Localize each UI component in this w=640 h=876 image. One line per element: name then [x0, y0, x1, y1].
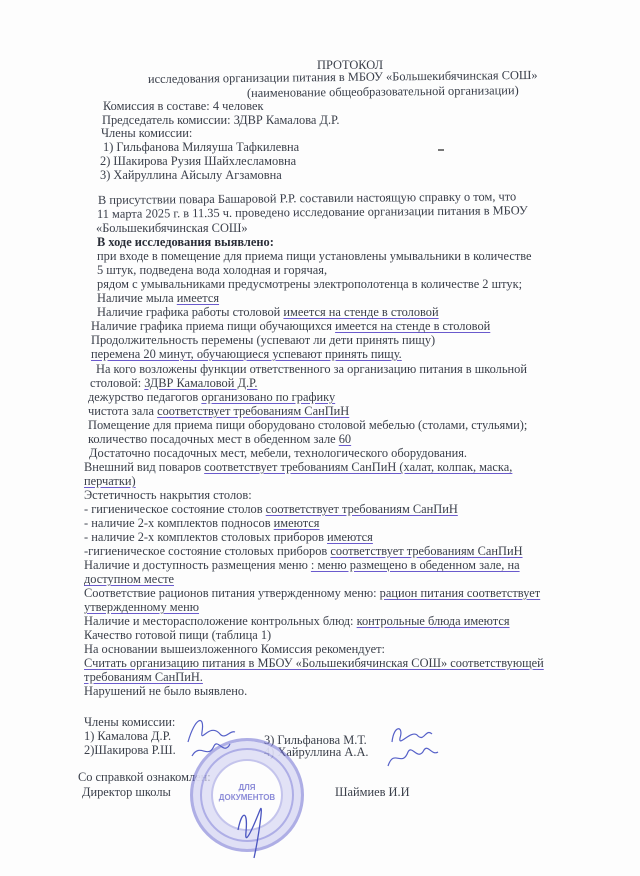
finding-line: На кого возложены функции ответственного… — [96, 362, 527, 376]
finding-value: перчатки) — [84, 474, 136, 488]
finding-value: соответствует требованиям СанПиН — [157, 404, 349, 418]
finding-value: имеется на стенде в столовой — [335, 319, 490, 333]
finding-text: На основании вышеизложенного Комиссия ре… — [84, 642, 385, 656]
finding-value: 60 — [339, 432, 351, 446]
finding-line: Эстетичность накрытия столов: — [84, 488, 252, 502]
finding-line: Помещение для приема пищи оборудовано ст… — [88, 418, 527, 432]
finding-text: Качество готовой пищи (таблица 1) — [84, 628, 271, 642]
director-label: Директор школы — [82, 785, 171, 799]
organization-note: (наименование общеобразовательной органи… — [247, 83, 519, 100]
finding-value: имеется на стенде в столовой — [283, 305, 438, 319]
finding-line: требованиям СанПиН. — [84, 670, 203, 684]
finding-line: рядом с умывальниками предусмотрены элек… — [97, 277, 522, 291]
finding-text: Помещение для приема пищи оборудовано ст… — [88, 418, 527, 432]
finding-line: Нарушений не было выявлено. — [84, 684, 247, 698]
finding-text: столовой: — [90, 376, 144, 390]
finding-line: Наличие и месторасположение контрольных … — [84, 614, 510, 628]
finding-text: дежурство педагогов — [88, 390, 201, 404]
finding-line: Наличие графика работы столовой имеется … — [97, 305, 439, 319]
finding-line: при входе в помещение для приема пищи ус… — [97, 249, 532, 263]
finding-value: организовано по графику — [201, 390, 335, 404]
finding-line: перчатки) — [84, 474, 136, 488]
finding-text: Наличие мыла — [97, 291, 177, 305]
finding-line: Соответствие рационов питания утвержденн… — [84, 586, 540, 600]
finding-value: имеются — [327, 530, 373, 544]
finding-line: Наличие и доступность размещения меню : … — [84, 558, 520, 572]
finding-line: Качество готовой пищи (таблица 1) — [84, 628, 271, 642]
protocol-page: ПРОТОКОЛ исследования организации питани… — [0, 0, 640, 876]
intro-line: «Большекибячинская СОШ» — [96, 221, 248, 235]
finding-line: Продолжительность перемены (успевают ли … — [91, 333, 435, 347]
finding-line: Наличие графика приема пищи обучающихся … — [91, 319, 490, 333]
finding-value: имеются — [274, 516, 320, 530]
finding-value: Считать организацию питания в МБОУ «Боль… — [84, 656, 544, 670]
findings-heading: В ходе исследования выявлено: — [97, 235, 274, 249]
finding-line: Достаточно посадочных мест, мебели, техн… — [89, 446, 467, 460]
finding-text: Достаточно посадочных мест, мебели, техн… — [89, 446, 467, 460]
finding-text: Наличие графика приема пищи обучающихся — [91, 319, 335, 333]
commission-size: Комиссия в составе: 4 человек — [103, 99, 264, 113]
finding-value: требованиям СанПиН. — [84, 670, 203, 684]
finding-line: -гигиеническое состояние столовых прибор… — [84, 544, 523, 558]
finding-value: соответствует требованиям СанПиН — [330, 544, 522, 558]
finding-value: имеется — [177, 291, 219, 305]
finding-line: Считать организацию питания в МБОУ «Боль… — [84, 656, 544, 670]
finding-text: Внешний вид поваров — [84, 460, 204, 474]
finding-text: Нарушений не было выявлено. — [84, 684, 247, 698]
finding-line: чистота зала соответствует требованиям С… — [88, 404, 349, 418]
member-item: 2) Шакирова Рузия Шайхлесламовна — [100, 154, 296, 168]
finding-value: контрольные блюда имеются — [357, 614, 510, 628]
intro-line: 11 марта 2025 г. в 11.35 ч. проведено ис… — [97, 203, 528, 221]
finding-line: перемена 20 минут, обучающиеся успевают … — [91, 347, 402, 361]
finding-text: Продолжительность перемены (успевают ли … — [91, 333, 435, 347]
finding-value: утвержденному меню — [84, 600, 199, 614]
finding-text: 5 штук, подведена вода холодная и горяча… — [97, 263, 327, 277]
finding-line: дежурство педагогов организовано по граф… — [88, 390, 335, 404]
finding-value: ЗДВР Камаловой Д.Р. — [144, 376, 257, 390]
finding-text: - наличие 2-х комплектов подносов — [84, 516, 274, 530]
member-item: 1) Гильфанова Миляуша Тафкилевна — [103, 140, 299, 154]
member-item: 3) Хайруллина Айсылу Агзамовна — [100, 168, 282, 182]
finding-text: при входе в помещение для приема пищи ус… — [97, 249, 532, 263]
finding-text: Наличие графика работы столовой — [97, 305, 283, 319]
finding-line: утвержденному меню — [84, 600, 199, 614]
finding-text: Соответствие рационов питания утвержденн… — [84, 586, 380, 600]
finding-text: рядом с умывальниками предусмотрены элек… — [97, 277, 522, 291]
finding-value: : меню размещено в обеденном зале, на — [311, 558, 520, 572]
finding-value: соответствует требованиям СанПиН — [266, 502, 458, 516]
signature-members-right — [382, 722, 442, 770]
signer-item: 2)Шакирова Р.Ш. — [84, 743, 176, 757]
finding-line: - наличие 2-х комплектов подносов имеютс… — [84, 516, 320, 530]
speck-mark — [438, 149, 444, 151]
finding-text: Эстетичность накрытия столов: — [84, 488, 252, 502]
commission-chair: Председатель комиссии: ЗДВР Камалова Д.Р… — [102, 113, 340, 127]
finding-line: Наличие мыла имеется — [97, 291, 219, 305]
finding-line: количество посадочных мест в обеденном з… — [88, 432, 351, 446]
finding-value: рацион питания соответствует — [380, 586, 541, 600]
finding-line: Внешний вид поваров соответствует требов… — [84, 460, 512, 474]
finding-line: 5 штук, подведена вода холодная и горяча… — [97, 263, 327, 277]
finding-text: количество посадочных мест в обеденном з… — [88, 432, 339, 446]
finding-text: Наличие и доступность размещения меню — [84, 558, 311, 572]
finding-text: - гигиеническое состояние столов — [84, 502, 266, 516]
finding-line: столовой: ЗДВР Камаловой Д.Р. — [90, 376, 257, 390]
signature-director — [228, 780, 278, 860]
finding-text: На кого возложены функции ответственного… — [96, 362, 527, 376]
finding-line: доступном месте — [84, 572, 174, 586]
director-name: Шаймиев И.И — [335, 785, 410, 799]
finding-text: -гигиеническое состояние столовых прибор… — [84, 544, 330, 558]
finding-value: соответствует требованиям СанПиН (халат,… — [204, 460, 512, 474]
finding-value: доступном месте — [84, 572, 174, 586]
finding-line: - гигиеническое состояние столов соответ… — [84, 502, 458, 516]
finding-text: Наличие и месторасположение контрольных … — [84, 614, 357, 628]
finding-line: На основании вышеизложенного Комиссия ре… — [84, 642, 385, 656]
signer-item: 1) Камалова Д.Р. — [84, 729, 171, 743]
finding-value: перемена 20 минут, обучающиеся успевают … — [91, 347, 402, 361]
signatures-members-label: Члены комиссии: — [84, 715, 175, 729]
finding-line: - наличие 2-х комплектов столовых прибор… — [84, 530, 373, 544]
finding-text: - наличие 2-х комплектов столовых прибор… — [84, 530, 327, 544]
members-label: Члены комиссии: — [101, 126, 192, 140]
signature-kamalova — [180, 712, 240, 762]
finding-text: чистота зала — [88, 404, 157, 418]
